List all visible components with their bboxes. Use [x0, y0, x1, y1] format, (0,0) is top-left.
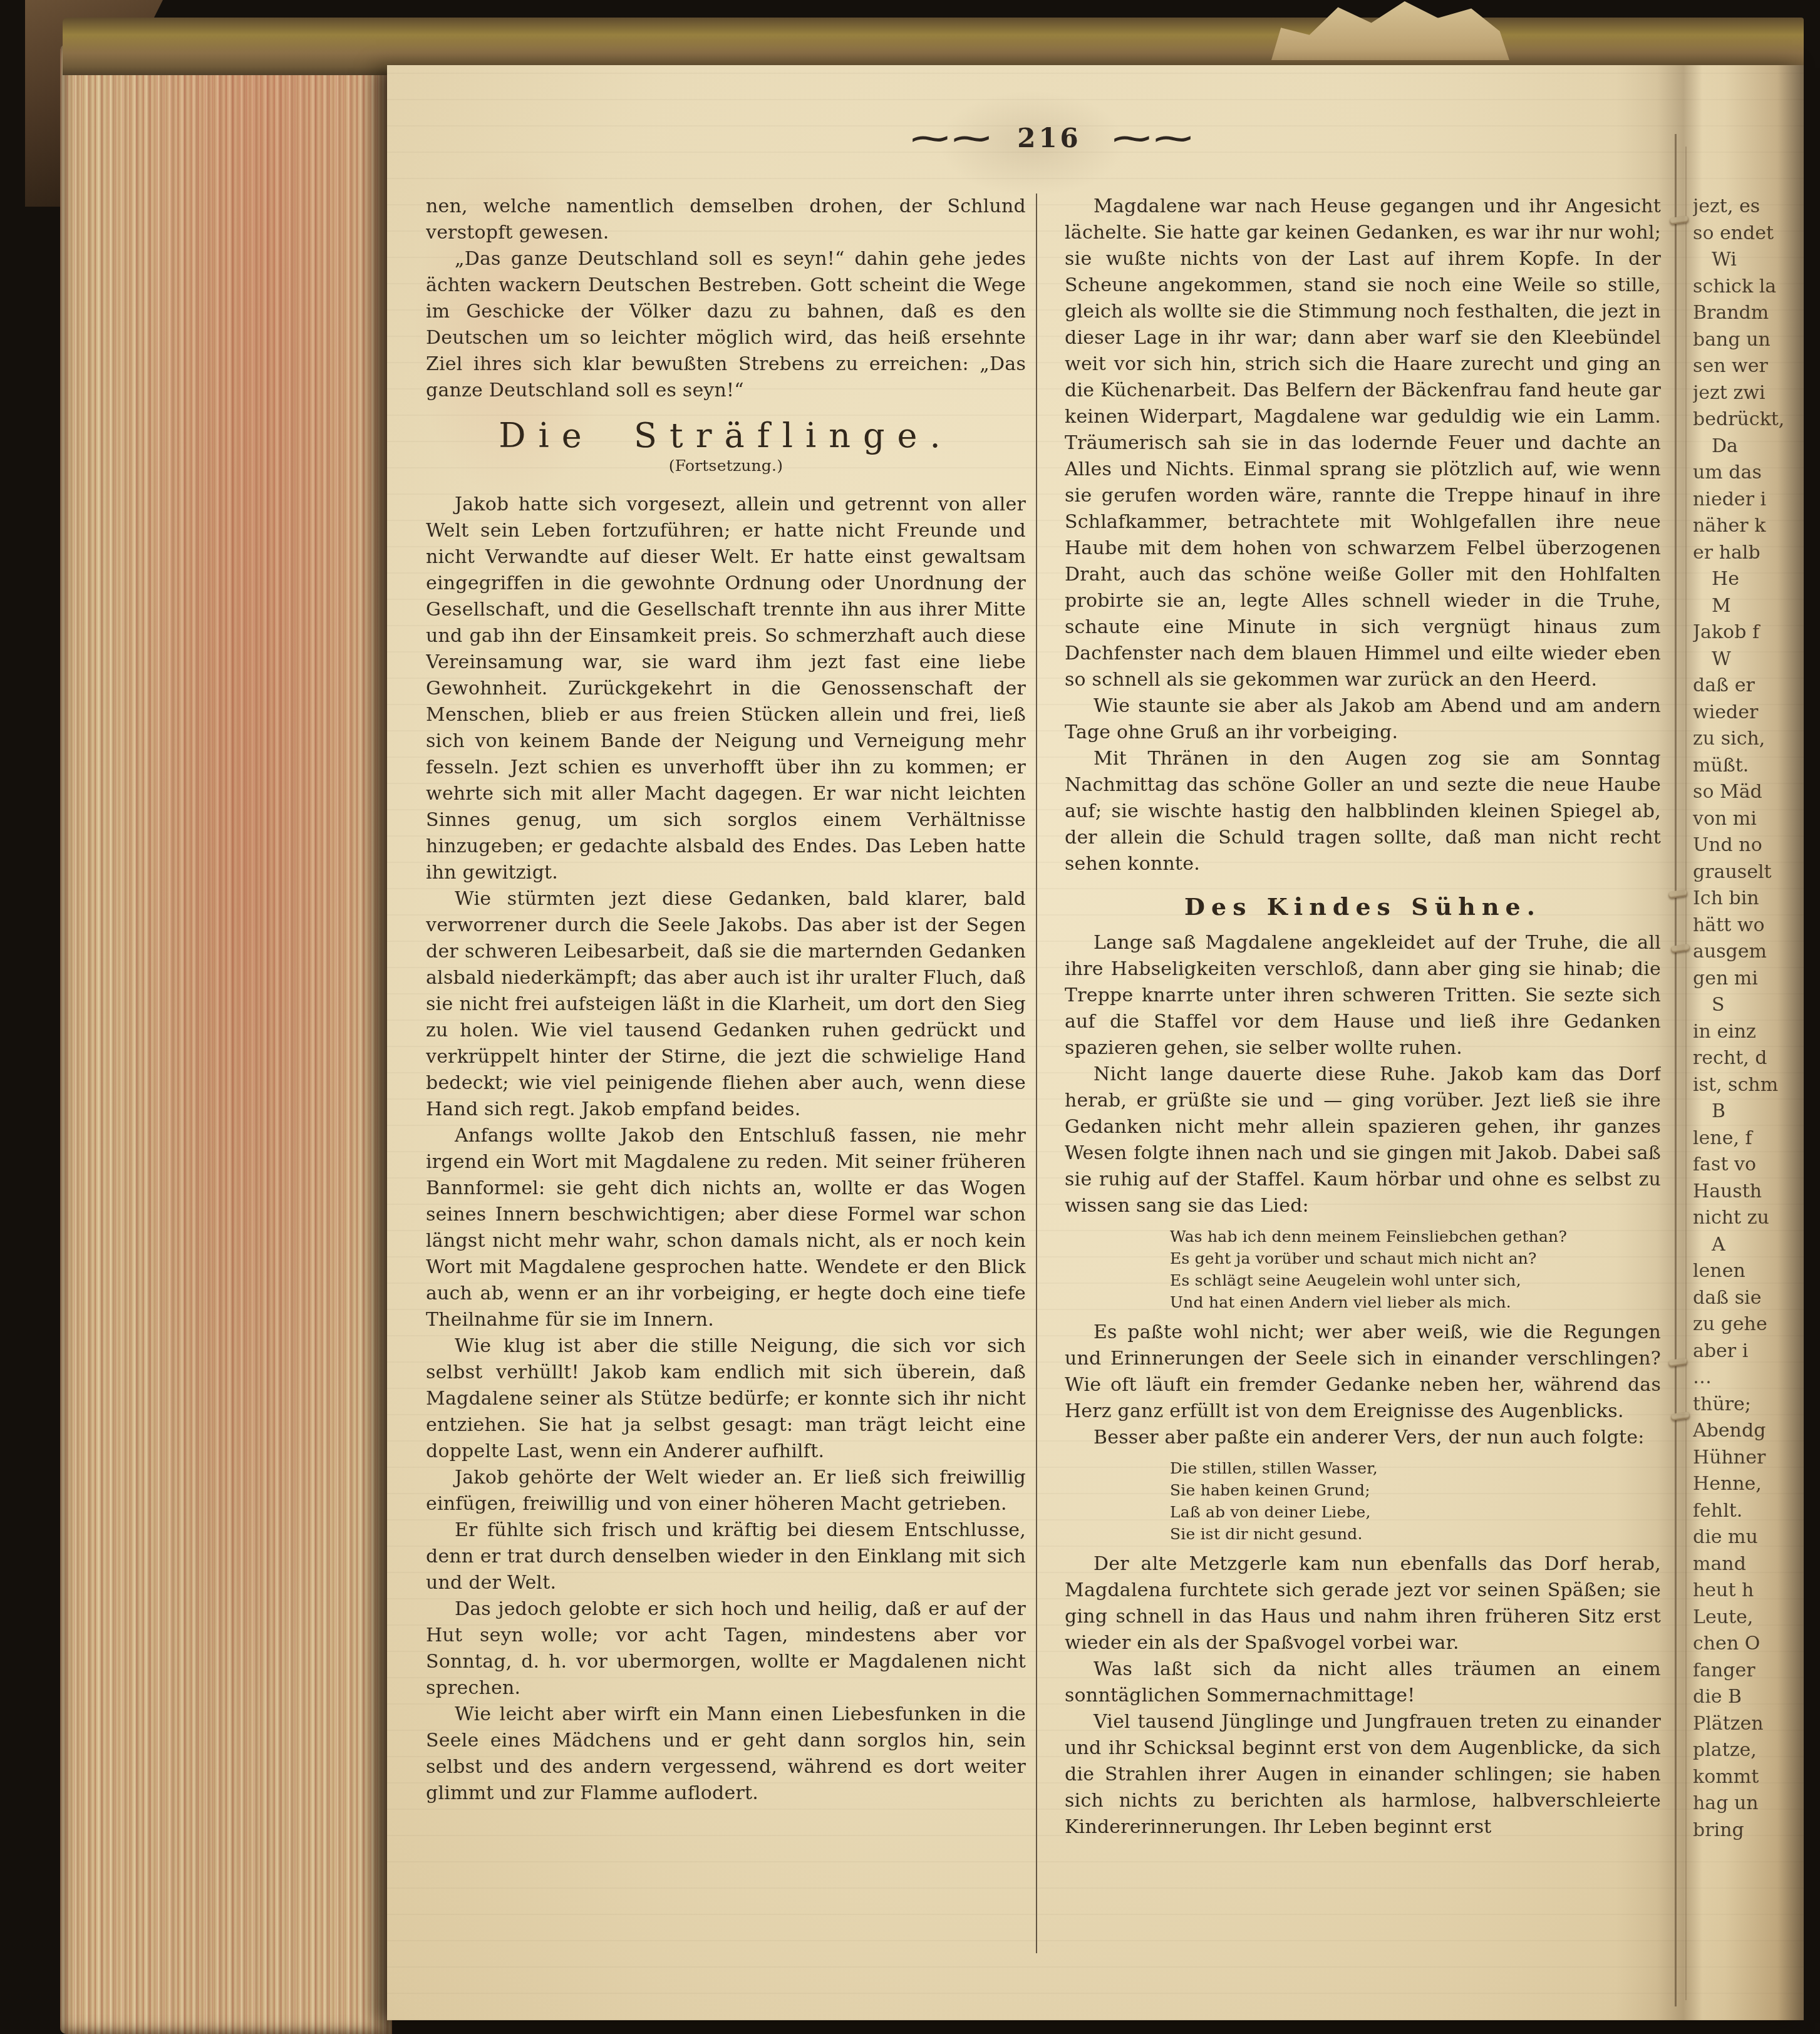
text-fragment-line: er halb — [1693, 540, 1801, 567]
text-fragment-line: in einz — [1693, 1019, 1801, 1046]
text-fragment-line: fast vo — [1693, 1152, 1801, 1179]
column-divider-rule — [1036, 194, 1037, 1953]
binding-stitch — [1668, 1358, 1687, 1367]
story-paragraphs: Jakob hatte sich vorgesezt, allein und g… — [426, 492, 1026, 1807]
paragraph: Mit Thränen in den Augen zog sie am Sonn… — [1065, 746, 1661, 877]
paragraph: Besser aber paßte ein anderer Vers, der … — [1065, 1425, 1661, 1451]
paragraph: Es paßte wohl nicht; wer aber weiß, wie … — [1065, 1319, 1661, 1425]
text-fragment-line: hätt wo — [1693, 912, 1801, 939]
text-fragment-line: M — [1693, 593, 1801, 620]
text-fragment-line: so endet — [1693, 220, 1801, 247]
song-verse-1: Was hab ich denn meinem Feinsliebchen ge… — [1170, 1226, 1661, 1313]
paragraph: Wie leicht aber wirft ein Mann einen Lie… — [426, 1701, 1026, 1807]
text-fragment-line: kommt — [1693, 1764, 1801, 1791]
paragraph: Wie stürmten jezt diese Gedanken, bald k… — [426, 886, 1026, 1123]
text-fragment-line: heut h — [1693, 1577, 1801, 1604]
text-fragment-line: chen O — [1693, 1631, 1801, 1658]
text-fragment-line: jezt, es — [1693, 194, 1801, 220]
paragraph: Nicht lange dauerte diese Ruhe. Jakob ka… — [1065, 1061, 1661, 1219]
text-fragment-line: Abendg — [1693, 1418, 1801, 1445]
chapter-heading: Des Kindes Sühne. — [1065, 894, 1661, 920]
text-fragment-line: A — [1693, 1232, 1801, 1259]
paragraph: Er fühlte sich frisch und kräftig bei di… — [426, 1517, 1026, 1596]
text-fragment-line: Henne, — [1693, 1471, 1801, 1498]
text-fragment-line: näher k — [1693, 513, 1801, 540]
text-fragment-line: Da — [1693, 433, 1801, 460]
text-fragment-line: mand — [1693, 1551, 1801, 1578]
text-fragment-line: aber i — [1693, 1338, 1801, 1365]
verse-line: Und hat einen Andern viel lieber als mic… — [1170, 1291, 1661, 1313]
text-fragment-line: fehlt. — [1693, 1498, 1801, 1525]
header-dash-ornament-left: ∼∼ — [907, 120, 990, 157]
text-fragment-line: B — [1693, 1098, 1801, 1125]
text-fragment-line: Und no — [1693, 832, 1801, 859]
text-fragment-line: Ich bin — [1693, 885, 1801, 912]
text-fragment-line: zu sich, — [1693, 726, 1801, 753]
paragraph: Lange saß Magdalene angekleidet auf der … — [1065, 930, 1661, 1061]
paragraph: Der alte Metzgerle kam nun ebenfalls das… — [1065, 1551, 1661, 1656]
text-fragment-line: bang un — [1693, 327, 1801, 354]
text-fragment-line: Hausth — [1693, 1179, 1801, 1205]
text-fragment-line: müßt. — [1693, 753, 1801, 780]
text-fragment-line: Leute, — [1693, 1604, 1801, 1631]
text-fragment-line: ist, schm — [1693, 1072, 1801, 1099]
text-fragment-line: jezt zwi — [1693, 380, 1801, 407]
story-subtitle: (Fortsetzung.) — [426, 453, 1026, 479]
text-fragment-line: von mi — [1693, 806, 1801, 833]
gutter-fold-crease — [1675, 134, 1677, 2006]
middle-text-column: Magdalene war nach Heuse gegangen und ih… — [1065, 194, 1661, 1966]
facing-page-text-strip: jezt, esso endet Wischick laBrandmbang u… — [1693, 194, 1801, 1966]
text-fragment-line: hag un — [1693, 1790, 1801, 1817]
paragraph: Jakob hatte sich vorgesezt, allein und g… — [426, 492, 1026, 886]
paragraph: Viel tausend Jünglinge und Jungfrauen tr… — [1065, 1709, 1661, 1840]
text-fragment-line: um das — [1693, 460, 1801, 487]
binding-stitch — [1670, 1412, 1690, 1421]
paragraph: Jakob gehörte der Welt wieder an. Er lie… — [426, 1465, 1026, 1517]
text-fragment-line: zu gehe — [1693, 1311, 1801, 1338]
paragraph: „Das ganze Deutschland soll es seyn!“ da… — [426, 246, 1026, 404]
paragraph: Was laßt sich da nicht alles träumen an … — [1065, 1656, 1661, 1709]
text-fragment-line: sen wer — [1693, 353, 1801, 380]
text-fragment-line: Wi — [1693, 247, 1801, 274]
verse-line: Es schlägt seine Aeugelein wohl unter si… — [1170, 1269, 1661, 1291]
paragraph: Wie klug ist aber die stille Neigung, di… — [426, 1333, 1026, 1465]
paragraph: Wie staunte sie aber als Jakob am Abend … — [1065, 693, 1661, 746]
paragraph: nen, welche namentlich demselben drohen,… — [426, 194, 1026, 246]
text-fragment-line: schick la — [1693, 274, 1801, 301]
song-verse-2: Die stillen, stillen Wasser,Sie haben ke… — [1170, 1457, 1661, 1545]
text-fragment-line: Plätzen — [1693, 1711, 1801, 1738]
text-fragment-line: daß sie — [1693, 1285, 1801, 1312]
text-fragment-line: nieder i — [1693, 487, 1801, 514]
text-fragment-line: bedrückt, — [1693, 406, 1801, 433]
text-fragment-line: Jakob f — [1693, 619, 1801, 646]
middle-paragraphs-top: Magdalene war nach Heuse gegangen und ih… — [1065, 194, 1661, 877]
text-fragment-line: bring — [1693, 1817, 1801, 1844]
text-fragment-line: fanger — [1693, 1658, 1801, 1685]
text-fragment-line: ausgem — [1693, 939, 1801, 966]
text-fragment-line: lenen — [1693, 1258, 1801, 1285]
text-fragment-line: Brandm — [1693, 300, 1801, 327]
text-fragment-line: wieder — [1693, 700, 1801, 726]
text-fragment-line: W — [1693, 646, 1801, 673]
verse-line: Laß ab von deiner Liebe, — [1170, 1501, 1661, 1523]
text-fragment-line: Hühner — [1693, 1445, 1801, 1472]
text-fragment-line: gen mi — [1693, 966, 1801, 993]
text-fragment-line: so Mäd — [1693, 779, 1801, 806]
text-fragment-line: die mu — [1693, 1524, 1801, 1551]
page-stack-fore-edge — [60, 44, 392, 2034]
story-title: Die Sträflinge. — [426, 423, 1026, 449]
book-photo: ∼∼216∼∼ nen, welche namentlich demselben… — [0, 0, 1820, 2034]
verse-line: Die stillen, stillen Wasser, — [1170, 1457, 1661, 1479]
middle-paragraphs-mid: Lange saß Magdalene angekleidet auf der … — [1065, 930, 1661, 1219]
paragraph: Anfangs wollte Jakob den Entschluß fasse… — [426, 1123, 1026, 1333]
left-text-column: nen, welche namentlich demselben drohen,… — [426, 194, 1026, 1966]
verse-line: Sie haben keinen Grund; — [1170, 1479, 1661, 1501]
text-fragment-line: nicht zu — [1693, 1205, 1801, 1232]
paragraph: Magdalene war nach Heuse gegangen und ih… — [1065, 194, 1661, 693]
text-fragment-line: recht, d — [1693, 1045, 1801, 1072]
page-number: 216 — [1017, 123, 1082, 153]
text-fragment-line: die B — [1693, 1684, 1801, 1711]
text-fragment-line: thüre; — [1693, 1391, 1801, 1418]
verse-line: Es geht ja vorüber und schaut mich nicht… — [1170, 1247, 1661, 1269]
text-fragment-line: platze, — [1693, 1737, 1801, 1764]
gutter-fold-highlight — [1685, 147, 1687, 2000]
text-fragment-line: … — [1693, 1365, 1801, 1391]
verse-line: Was hab ich denn meinem Feinsliebchen ge… — [1170, 1226, 1661, 1247]
middle-paragraphs-bottom: Der alte Metzgerle kam nun ebenfalls das… — [1065, 1551, 1661, 1840]
opening-paragraphs: nen, welche namentlich demselben drohen,… — [426, 194, 1026, 404]
binding-stitch — [1668, 889, 1687, 899]
text-fragment-line: lene, f — [1693, 1125, 1801, 1152]
page-header: ∼∼216∼∼ — [425, 123, 1674, 153]
verse-line: Sie ist dir nicht gesund. — [1170, 1523, 1661, 1545]
binding-stitch — [1670, 944, 1690, 953]
text-fragment-line: S — [1693, 992, 1801, 1019]
paragraph: Das jedoch gelobte er sich hoch und heil… — [426, 1596, 1026, 1701]
text-fragment-line: He — [1693, 566, 1801, 593]
text-fragment-line: daß er — [1693, 673, 1801, 700]
text-fragment-line: grauselt — [1693, 859, 1801, 886]
book-page: ∼∼216∼∼ nen, welche namentlich demselben… — [387, 65, 1804, 2020]
header-dash-ornament-right: ∼∼ — [1109, 120, 1192, 157]
